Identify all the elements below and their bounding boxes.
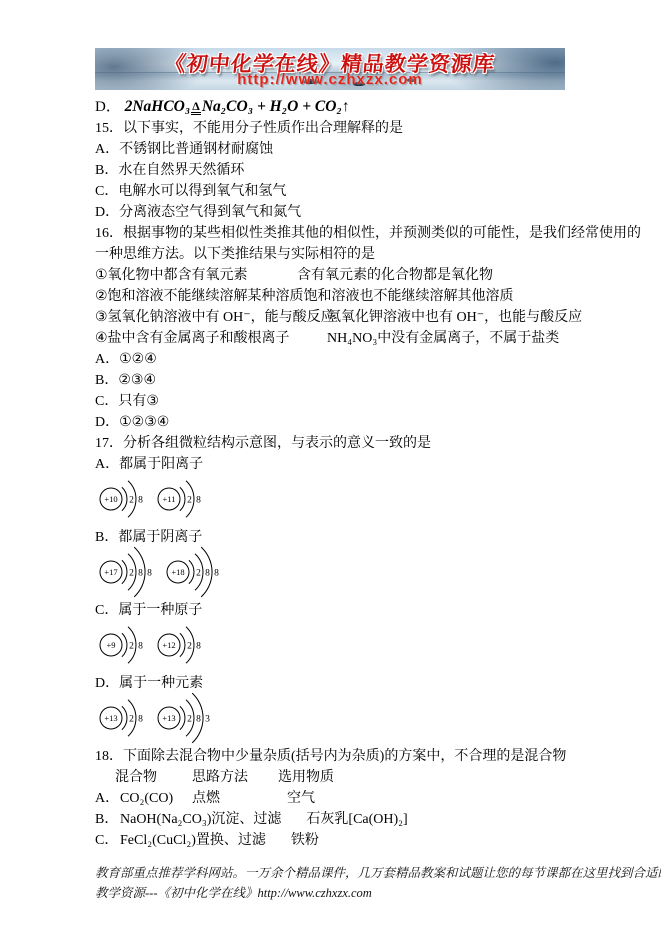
question-18-stem: 18．下面除去混合物中少量杂质(括号内为杂质)的方案中，不合理的是混合物 xyxy=(95,746,570,767)
electron-shell-diagram: +1128 xyxy=(155,472,205,531)
svg-text:8: 8 xyxy=(138,714,143,724)
analogy-pair-1: ①氧化物中都含有氧元素 含有氧元素的化合物都是氧化物 xyxy=(95,265,570,286)
svg-text:2: 2 xyxy=(187,714,192,724)
mixture-cell: CO₂(CO) xyxy=(120,788,192,809)
document-content: 《初中化学在线》精品教学资源库 http://www.czhxzx.com D．… xyxy=(0,0,661,903)
svg-text:+12: +12 xyxy=(162,640,175,650)
question-18-table-header: 混合物 思路方法 选用物质 xyxy=(95,767,570,788)
svg-text:8: 8 xyxy=(196,641,201,651)
svg-text:+10: +10 xyxy=(104,494,117,504)
question-17-stem: 17．分析各组微粒结构示意图，与表示的意义一致的是 xyxy=(95,433,570,454)
svg-text:8: 8 xyxy=(196,714,201,724)
svg-text:8: 8 xyxy=(147,568,152,578)
svg-text:2: 2 xyxy=(196,568,201,578)
svg-text:+11: +11 xyxy=(163,494,176,504)
particle-diagram-group-a: +1028 +1128 xyxy=(95,475,570,527)
electron-shell-diagram: +1228 xyxy=(155,618,205,677)
banner-site-url: http://www.czhxzx.com xyxy=(95,71,565,88)
question-17: 17．分析各组微粒结构示意图，与表示的意义一致的是 A．都属于阳离子 +1028… xyxy=(95,433,570,746)
svg-text:8: 8 xyxy=(138,641,143,651)
question-16-option-b: B．②③④ xyxy=(95,370,570,391)
svg-text:2: 2 xyxy=(129,568,134,578)
column-header-mixture: 混合物 xyxy=(115,767,192,788)
question-16-option-a: A．①②④ xyxy=(95,349,570,370)
svg-text:+17: +17 xyxy=(104,567,117,577)
electron-shell-diagram: +1028 xyxy=(97,472,147,531)
question-16: 16．根据事物的某些相似性类推其他的相似性，并预测类似的可能性，是我们经常使用的… xyxy=(95,223,570,433)
delta-heating-condition: Δ xyxy=(191,101,201,115)
svg-text:2: 2 xyxy=(129,495,134,505)
question-15-option-b: B．水在自然界天然循环 xyxy=(95,160,570,181)
svg-text:2: 2 xyxy=(129,714,134,724)
footer-line-2: 教学资源---《初中化学在线》http://www.czhxzx.com xyxy=(95,883,573,903)
question-18: 18．下面除去混合物中少量杂质(括号内为杂质)的方案中，不合理的是混合物 混合物… xyxy=(95,746,570,851)
particle-diagram-group-d: +1328 +13283 xyxy=(95,694,570,746)
analogy-pair-4: ④盐中含有金属离子和酸根离子 NH₄NO₃中没有金属离子，不属于盐类 xyxy=(95,328,570,349)
electron-shell-diagram: +13283 xyxy=(155,691,214,750)
svg-text:+18: +18 xyxy=(171,567,184,577)
option-label: C． xyxy=(95,830,120,851)
mixture-cell: NaOH(Na₂CO₃) xyxy=(120,809,211,830)
analogy-conclusion: 饱和溶液也不能继续溶解其他溶质 xyxy=(304,286,514,307)
option-d-equation-line: D． 2NaHCO₃ΔNa₂CO₃ + H₂O + CO₂↑ xyxy=(95,96,570,118)
svg-text:2: 2 xyxy=(187,495,192,505)
mixture-cell: FeCl₂(CuCl₂) xyxy=(120,830,196,851)
analogy-pair-2: ②饱和溶液不能继续溶解某种溶质 饱和溶液也不能继续溶解其他溶质 xyxy=(95,286,570,307)
site-banner: 《初中化学在线》精品教学资源库 http://www.czhxzx.com xyxy=(95,48,565,90)
reagent-cell: 石灰乳[Ca(OH)₂] xyxy=(306,809,407,830)
option-label: D． xyxy=(95,99,121,115)
analogy-premise: ③氢氧化钠溶液中有 OH⁻，能与酸反应 xyxy=(95,307,327,328)
electron-shell-diagram: +928 xyxy=(97,618,147,677)
question-16-option-d: D．①②③④ xyxy=(95,412,570,433)
equation-rhs: Na₂CO₃ + H₂O + CO₂ xyxy=(202,98,342,115)
question-15: 15．以下事实，不能用分子性质作出合理解释的是 A．不锈钢比普通钢材耐腐蚀 B．… xyxy=(95,118,570,223)
analogy-pair-3: ③氢氧化钠溶液中有 OH⁻，能与酸反应 氢氧化钾溶液中也有 OH⁻，也能与酸反应 xyxy=(95,307,570,328)
analogy-premise: ①氧化物中都含有氧元素 xyxy=(95,265,297,286)
question-18-row-a: A． CO₂(CO) 点燃 空气 xyxy=(95,788,570,809)
question-18-row-b: B． NaOH(Na₂CO₃) 沉淀、过滤 石灰乳[Ca(OH)₂] xyxy=(95,809,570,830)
svg-text:8: 8 xyxy=(138,495,143,505)
question-15-option-a: A．不锈钢比普通钢材耐腐蚀 xyxy=(95,139,570,160)
gas-up-arrow: ↑ xyxy=(342,98,350,115)
page-footer: 教育部重点推荐学科网站。一万余个精品课件，几万套精品教案和试题让您的每节课都在这… xyxy=(95,863,573,903)
svg-text:8: 8 xyxy=(138,568,143,578)
analogy-premise: ②饱和溶液不能继续溶解某种溶质 xyxy=(95,286,304,307)
electron-shell-diagram: +1328 xyxy=(97,691,147,750)
particle-diagram-group-b: +17288 +18288 xyxy=(95,548,570,600)
footer-line-1: 教育部重点推荐学科网站。一万余个精品课件，几万套精品教案和试题让您的每节课都在这… xyxy=(95,863,573,883)
question-15-option-d: D．分离液态空气得到氧气和氮气 xyxy=(95,202,570,223)
particle-diagram-group-c: +928 +1228 xyxy=(95,621,570,673)
reagent-cell: 空气 xyxy=(287,788,315,809)
question-18-row-c: C． FeCl₂(CuCl₂) 置换、过滤 铁粉 xyxy=(95,830,570,851)
question-16-option-c: C．只有③ xyxy=(95,391,570,412)
svg-text:+9: +9 xyxy=(106,640,115,650)
analogy-conclusion: 含有氧元素的化合物都是氧化物 xyxy=(297,265,493,286)
reagent-cell: 铁粉 xyxy=(291,830,319,851)
question-16-stem-line-2: 一种思维方法。以下类推结果与实际相符的是 xyxy=(95,244,570,265)
electron-shell-diagram: +17288 xyxy=(97,545,156,604)
method-cell: 点燃 xyxy=(192,788,287,809)
question-15-option-c: C．电解水可以得到氧气和氢气 xyxy=(95,181,570,202)
svg-text:8: 8 xyxy=(196,495,201,505)
svg-text:+13: +13 xyxy=(104,713,117,723)
question-15-stem: 15．以下事实，不能用分子性质作出合理解释的是 xyxy=(95,118,570,139)
column-header-method: 思路方法 xyxy=(192,767,278,788)
svg-text:3: 3 xyxy=(205,714,210,724)
method-cell: 沉淀、过滤 xyxy=(211,809,306,830)
svg-text:2: 2 xyxy=(129,641,134,651)
equation-lhs: 2NaHCO₃ xyxy=(125,98,191,115)
analogy-premise: ④盐中含有金属离子和酸根离子 xyxy=(95,328,327,349)
svg-text:8: 8 xyxy=(214,568,219,578)
option-label: B． xyxy=(95,809,120,830)
question-16-stem-line-1: 16．根据事物的某些相似性类推其他的相似性，并预测类似的可能性，是我们经常使用的 xyxy=(95,223,570,244)
svg-text:8: 8 xyxy=(205,568,210,578)
electron-shell-diagram: +18288 xyxy=(164,545,223,604)
document-page: 《初中化学在线》精品教学资源库 http://www.czhxzx.com D．… xyxy=(0,0,661,935)
analogy-conclusion: NH₄NO₃中没有金属离子，不属于盐类 xyxy=(327,328,559,349)
analogy-conclusion: 氢氧化钾溶液中也有 OH⁻，也能与酸反应 xyxy=(327,307,582,328)
svg-text:+13: +13 xyxy=(162,713,175,723)
method-cell: 置换、过滤 xyxy=(196,830,291,851)
svg-text:2: 2 xyxy=(187,641,192,651)
column-header-reagent: 选用物质 xyxy=(278,767,334,788)
option-label: A． xyxy=(95,788,120,809)
